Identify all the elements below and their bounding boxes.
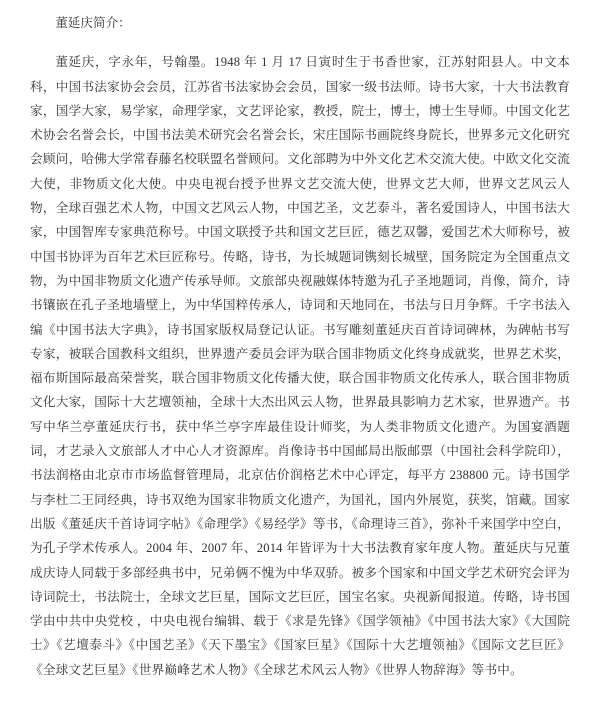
document-title: 董延庆简介：	[30, 11, 570, 35]
document-page: 董延庆简介： 董延庆，字永年，号翰墨。1948 年 1 月 17 日寅时生于书香…	[0, 0, 600, 706]
document-paragraph: 董延庆，字永年，号翰墨。1948 年 1 月 17 日寅时生于书香世家，江苏射阳…	[30, 50, 570, 682]
